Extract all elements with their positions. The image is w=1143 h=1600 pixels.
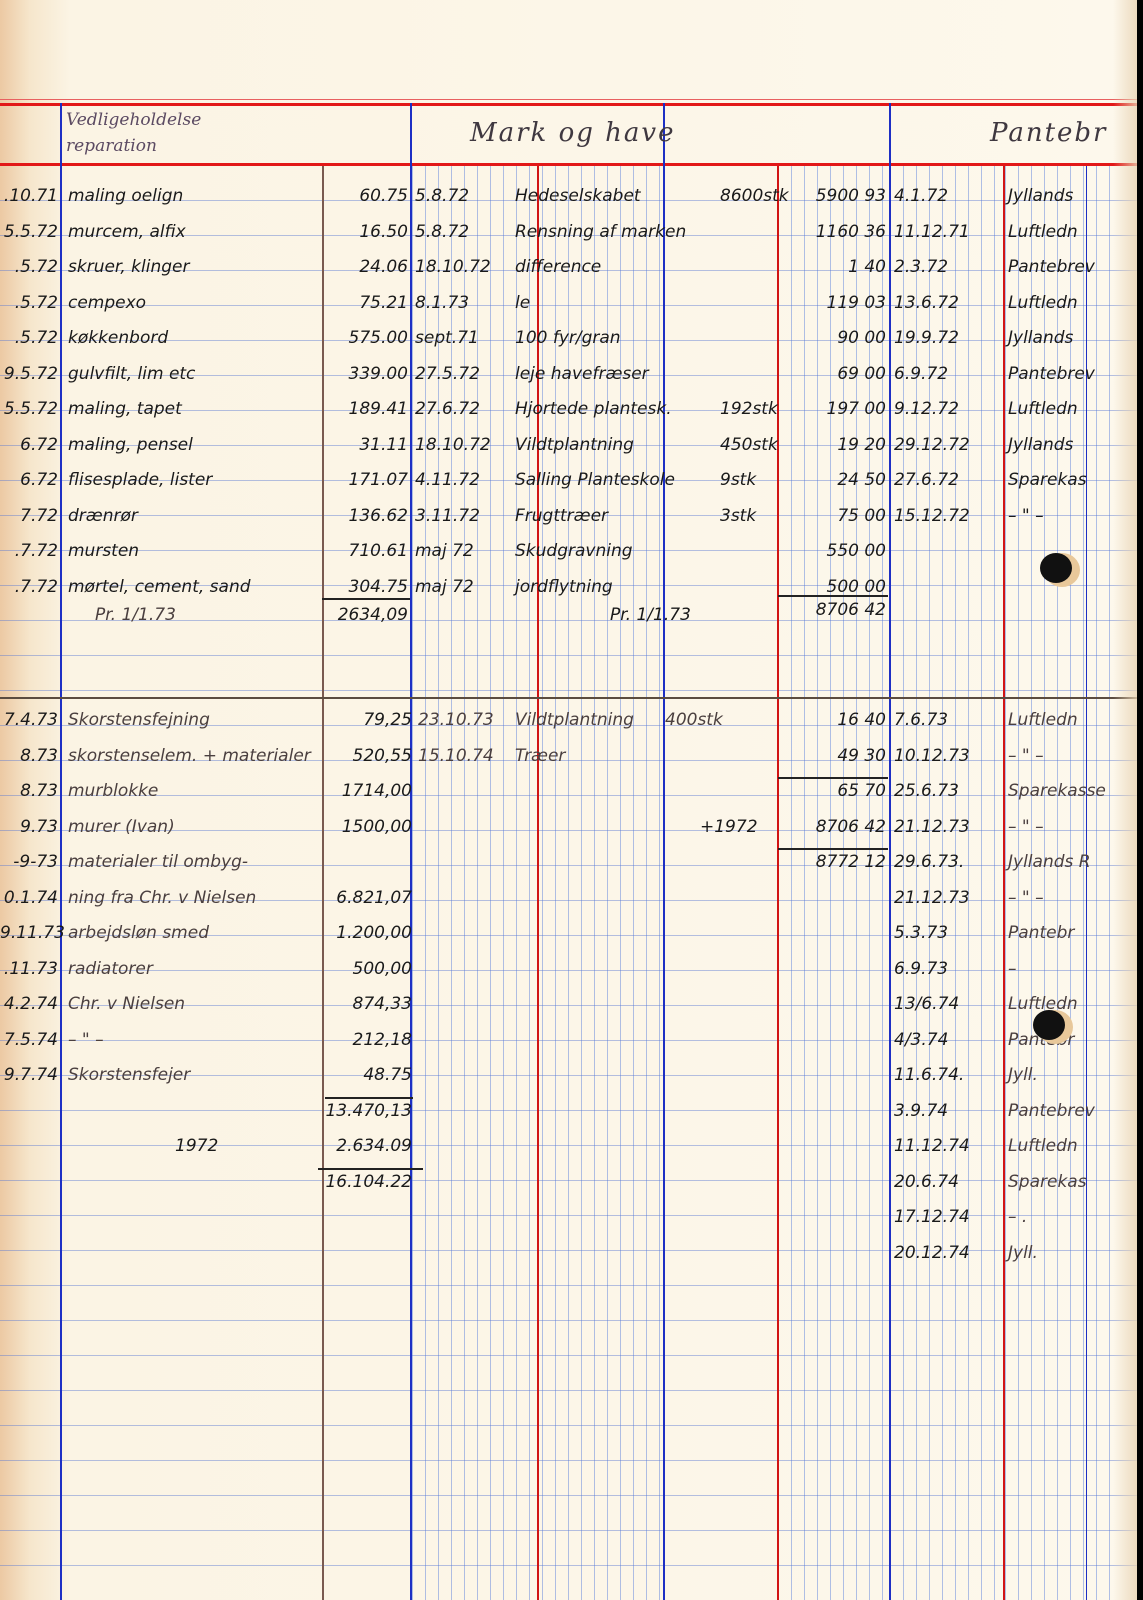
entry-amount: 60.75: [322, 186, 408, 206]
entry-description: Hedeselskabet: [515, 186, 715, 206]
entry-description: Chr. v Nielsen: [68, 994, 318, 1014]
entry-quantity: 450stk: [720, 435, 775, 455]
punch-hole: [1033, 1010, 1065, 1040]
entry-amount: 31.11: [322, 435, 408, 455]
entry-date: 6.9.72: [894, 364, 999, 384]
entry-amount: 1.200,00: [322, 923, 412, 943]
entry-amount: 171.07: [322, 470, 408, 490]
entry-date: 4/3.74: [894, 1030, 999, 1050]
entry-amount: 710.61: [322, 541, 408, 561]
entry-date: 5.8.72: [415, 186, 510, 206]
header-mortgage: Pantebr: [990, 118, 1107, 148]
entry-date: 7.4.73: [0, 710, 58, 730]
entry-date: 11.12.74: [894, 1136, 999, 1156]
entry-description: Vildtplantning: [515, 435, 715, 455]
entry-date: 11.12.71: [894, 222, 999, 242]
header-maintenance-line2: reparation: [66, 136, 157, 156]
entry-description: le: [515, 293, 715, 313]
entry-date: 9.73: [0, 817, 58, 837]
entry-description: cempexo: [68, 293, 318, 313]
entry-date: 3.11.72: [415, 506, 510, 526]
punch-hole: [1040, 553, 1072, 583]
scan-border: [1137, 0, 1143, 1600]
entry-amount: 48.75: [322, 1065, 412, 1085]
entry-amount: 197 00: [780, 399, 886, 419]
entry-description: drænrør: [68, 506, 318, 526]
entry-amount: 500 00: [780, 577, 886, 597]
entry-payee: Luftledn: [1008, 994, 1118, 1014]
column-line: [1003, 166, 1005, 1600]
entry-amount: 1714,00: [322, 781, 412, 801]
entry-date: 9.7.74: [0, 1065, 58, 1085]
maintenance-total: 2634,09: [322, 605, 408, 625]
entry-date: 6.72: [0, 470, 58, 490]
entry-amount: 212,18: [322, 1030, 412, 1050]
entry-description: skruer, klinger: [68, 257, 318, 277]
sum-underline: [322, 598, 410, 600]
entry-date: 5.3.73: [894, 923, 999, 943]
column-line: [410, 103, 412, 1600]
column-line: [60, 103, 62, 1600]
entry-description: Vildtplantning: [515, 710, 665, 730]
maintenance-grand-total: 16.104.22: [318, 1172, 412, 1192]
entry-payee: Pantebr: [1008, 923, 1118, 943]
entry-amount: 16 40: [780, 710, 886, 730]
entry-date: 6.72: [0, 435, 58, 455]
entry-description: radiatorer: [68, 959, 318, 979]
entry-description: leje havefræser: [515, 364, 715, 384]
entry-date: .5.72: [0, 257, 58, 277]
entry-date: 27.6.72: [415, 399, 510, 419]
entry-description: Træer: [515, 746, 665, 766]
entry-date: 20.6.74: [894, 1172, 999, 1192]
entry-date: 27.6.72: [894, 470, 999, 490]
entry-amount: 189.41: [322, 399, 408, 419]
sum-underline: [325, 1097, 413, 1099]
entry-amount: 90 00: [780, 328, 886, 348]
entry-amount: 16.50: [322, 222, 408, 242]
entry-date: 5.5.72: [0, 399, 58, 419]
entry-amount: 69 00: [780, 364, 886, 384]
entry-description: ning fra Chr. v Nielsen: [68, 888, 318, 908]
entry-description: maling, pensel: [68, 435, 318, 455]
entry-amount: 1 40: [780, 257, 886, 277]
entry-date: 23.10.73: [418, 710, 513, 730]
entry-amount: 24 50: [780, 470, 886, 490]
entry-date: 18.10.72: [415, 257, 510, 277]
entry-date: 25.6.73: [894, 781, 999, 801]
entry-date: 5.5.72: [0, 222, 58, 242]
entry-amount: 79,25: [322, 710, 412, 730]
entry-date: 7.72: [0, 506, 58, 526]
entry-date: 8.73: [0, 781, 58, 801]
sum-underline: [778, 848, 888, 850]
entry-description: maling, tapet: [68, 399, 318, 419]
entry-date: 29.6.73.: [894, 852, 999, 872]
entry-amount: 575.00: [322, 328, 408, 348]
entry-date: sept.71: [415, 328, 510, 348]
entry-date: .5.72: [0, 293, 58, 313]
entry-description: maling oelign: [68, 186, 318, 206]
grounds-total: 8706 42: [780, 600, 886, 620]
entry-amount: 136.62: [322, 506, 408, 526]
entry-amount: 5900 93: [780, 186, 886, 206]
entry-amount: 24.06: [322, 257, 408, 277]
entry-date: 6.9.73: [894, 959, 999, 979]
entry-date: 7.5.74: [0, 1030, 58, 1050]
entry-payee: –: [1008, 959, 1118, 979]
entry-payee: Jyll.: [1008, 1065, 1118, 1085]
entry-payee: Pantebrev: [1008, 257, 1118, 277]
entry-payee: – .: [1008, 1207, 1118, 1227]
sum-underline: [778, 777, 888, 779]
entry-amount: 49 30: [780, 746, 886, 766]
entry-description: murer (Ivan): [68, 817, 318, 837]
entry-description: køkkenbord: [68, 328, 318, 348]
entry-amount: 874,33: [322, 994, 412, 1014]
header-rule-top: [0, 103, 1143, 106]
entry-amount: 119 03: [780, 293, 886, 313]
entry-date: 7.6.73: [894, 710, 999, 730]
entry-payee: Pantebrev: [1008, 1101, 1118, 1121]
entry-date: 19.9.72: [894, 328, 999, 348]
maintenance-prev-label: 1972: [175, 1136, 255, 1156]
entry-description: Skorstensfejer: [68, 1065, 318, 1085]
grounds-note: Pr. 1/1.73: [610, 605, 730, 625]
header-grounds: Mark og have: [470, 118, 675, 148]
entry-description: jordflytning: [515, 577, 715, 597]
entry-date: 10.12.73: [894, 746, 999, 766]
entry-quantity: 9stk: [720, 470, 775, 490]
entry-payee: Luftledn: [1008, 710, 1118, 730]
entry-payee: – " –: [1008, 817, 1118, 837]
entry-payee: Luftledn: [1008, 293, 1118, 313]
entry-date: 5.8.72: [415, 222, 510, 242]
entry-date: .11.73: [0, 959, 58, 979]
header-maintenance-line1: Vedligeholdelse: [66, 110, 201, 130]
entry-date: 15.12.72: [894, 506, 999, 526]
entry-payee: Pantebrev: [1008, 364, 1118, 384]
grounds-prev-amount: 8706 42: [780, 817, 886, 837]
entry-description: 100 fyr/gran: [515, 328, 715, 348]
entry-payee: Sparekas: [1008, 1172, 1118, 1192]
entry-description: materialer til ombyg-: [68, 852, 318, 872]
entry-amount: 75 00: [780, 506, 886, 526]
entry-date: 4.1.72: [894, 186, 999, 206]
entry-amount: 500,00: [322, 959, 412, 979]
entry-payee: Jyllands: [1008, 435, 1118, 455]
entry-description: Frugttræer: [515, 506, 715, 526]
grounds-prev-label: +1972: [700, 817, 775, 837]
sum-underline: [318, 1168, 423, 1170]
entry-payee: – " –: [1008, 888, 1118, 908]
entry-description: mursten: [68, 541, 318, 561]
entry-date: 9.12.72: [894, 399, 999, 419]
grounds-grand-total: 8772 12: [780, 852, 886, 872]
entry-payee: – " –: [1008, 506, 1118, 526]
entry-date: 3.9.74: [894, 1101, 999, 1121]
entry-quantity: 400stk: [665, 710, 735, 730]
entry-date: .10.71: [0, 186, 58, 206]
entry-date: .7.72: [0, 541, 58, 561]
entry-amount: 520,55: [322, 746, 412, 766]
entry-amount: 550 00: [780, 541, 886, 561]
entry-amount: 6.821,07: [322, 888, 412, 908]
entry-description: gulvfilt, lim etc: [68, 364, 318, 384]
entry-payee: Jyllands: [1008, 328, 1118, 348]
entry-date: 21.12.73: [894, 888, 999, 908]
entry-description: Skorstensfejning: [68, 710, 318, 730]
entry-quantity: 3stk: [720, 506, 775, 526]
entry-payee: Sparekasse: [1008, 781, 1118, 801]
entry-payee: Pantebr: [1008, 1030, 1118, 1050]
entry-description: Salling Planteskole: [515, 470, 715, 490]
entry-description: mørtel, cement, sand: [68, 577, 318, 597]
entry-date: 21.12.73: [894, 817, 999, 837]
entry-date: 11.6.74.: [894, 1065, 999, 1085]
entry-date: 29.12.72: [894, 435, 999, 455]
entry-amount: 1500,00: [322, 817, 412, 837]
entry-payee: Luftledn: [1008, 222, 1118, 242]
entry-date: 0.1.74: [0, 888, 58, 908]
entry-date: .5.72: [0, 328, 58, 348]
entry-description: flisesplade, lister: [68, 470, 318, 490]
entry-description: Rensning af marken: [515, 222, 715, 242]
entry-date: .7.72: [0, 577, 58, 597]
entry-date: 8.73: [0, 746, 58, 766]
entry-date: 18.10.72: [415, 435, 510, 455]
column-line: [889, 103, 891, 1600]
entry-date: 15.10.74: [418, 746, 513, 766]
entry-amount: 75.21: [322, 293, 408, 313]
entry-date: -9-73: [0, 852, 58, 872]
entry-date: 2.3.72: [894, 257, 999, 277]
entry-date: maj 72: [415, 577, 510, 597]
entry-amount: 19 20: [780, 435, 886, 455]
entry-description: Skudgravning: [515, 541, 715, 561]
entry-date: 13.6.72: [894, 293, 999, 313]
entry-payee: Jyll.: [1008, 1243, 1118, 1263]
entry-payee: Luftledn: [1008, 399, 1118, 419]
entry-date: 9.11.73: [0, 923, 58, 943]
sum-underline: [778, 595, 888, 597]
entry-date: maj 72: [415, 541, 510, 561]
entry-date: 8.1.73: [415, 293, 510, 313]
ledger-page: Vedligeholdelse reparation Mark og have …: [0, 0, 1143, 1600]
entry-description: arbejdsløn smed: [68, 923, 318, 943]
entry-date: 20.12.74: [894, 1243, 999, 1263]
entry-date: 17.12.74: [894, 1207, 999, 1227]
maintenance-subtotal: 13.470,13: [322, 1101, 412, 1121]
entry-payee: Jyllands R: [1008, 852, 1118, 872]
entry-amount: 339.00: [322, 364, 408, 384]
header-rule-top-thin: [0, 99, 1143, 100]
entry-description: – " –: [68, 1030, 318, 1050]
entry-payee: Luftledn: [1008, 1136, 1118, 1156]
entry-date: 9.5.72: [0, 364, 58, 384]
entry-payee: – " –: [1008, 746, 1118, 766]
entry-description: murcem, alfix: [68, 222, 318, 242]
maintenance-note: Pr. 1/1.73: [95, 605, 245, 625]
entry-amount: 1160 36: [780, 222, 886, 242]
maintenance-prev-amount: 2.634.09: [322, 1136, 412, 1156]
column-line: [777, 166, 779, 1600]
entry-date: 13/6.74: [894, 994, 999, 1014]
entry-amount: 304.75: [322, 577, 408, 597]
entry-date: 27.5.72: [415, 364, 510, 384]
entry-quantity: 8600stk: [720, 186, 775, 206]
header-rule-bottom: [0, 163, 1143, 166]
entry-date: 4.2.74: [0, 994, 58, 1014]
entry-payee: Jyllands: [1008, 186, 1118, 206]
entry-quantity: 192stk: [720, 399, 775, 419]
entry-payee: Sparekas: [1008, 470, 1118, 490]
entry-description: difference: [515, 257, 715, 277]
entry-description: murblokke: [68, 781, 318, 801]
section-divider: [0, 697, 1143, 699]
entry-description: Hjortede plantesk.: [515, 399, 715, 419]
entry-date: 4.11.72: [415, 470, 510, 490]
entry-description: skorstenselem. + materialer: [68, 746, 318, 766]
grounds-subtotal: 65 70: [780, 781, 886, 801]
